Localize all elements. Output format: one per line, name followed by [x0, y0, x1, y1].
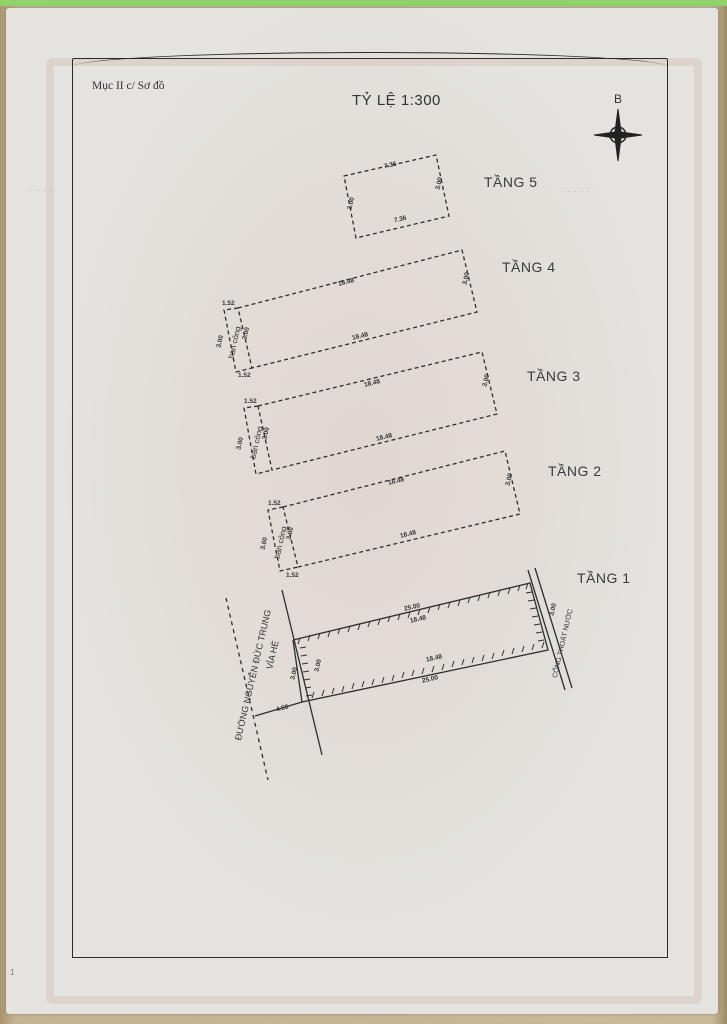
floor-5-label: TẦNG 5 — [484, 174, 538, 190]
floor-2-label: TẦNG 2 — [548, 463, 602, 479]
corner-mark: 1 — [10, 968, 14, 977]
floor-2-balcony-depth-bottom: 1.52 — [286, 572, 299, 579]
bleed-through-text: · · · · — [30, 185, 53, 197]
diagram-frame — [72, 58, 668, 958]
floor-3-label: TẦNG 3 — [527, 368, 581, 384]
section-label: Mục II c/ Sơ đồ — [92, 80, 165, 92]
scale-label: TỶ LỆ 1:300 — [352, 92, 441, 109]
floor-4-label: TẦNG 4 — [502, 259, 556, 275]
floor-4-balcony-depth-bottom: 1.52 — [238, 372, 251, 379]
floor-1-label: TẦNG 1 — [577, 570, 631, 586]
top-edge-strip — [0, 0, 727, 6]
north-label: B — [614, 92, 622, 106]
floor-3-balcony-depth: 1.52 — [244, 398, 257, 405]
floor-4-balcony-depth: 1.52 — [222, 300, 235, 307]
floor-2-balcony-depth: 1.52 — [268, 500, 281, 507]
